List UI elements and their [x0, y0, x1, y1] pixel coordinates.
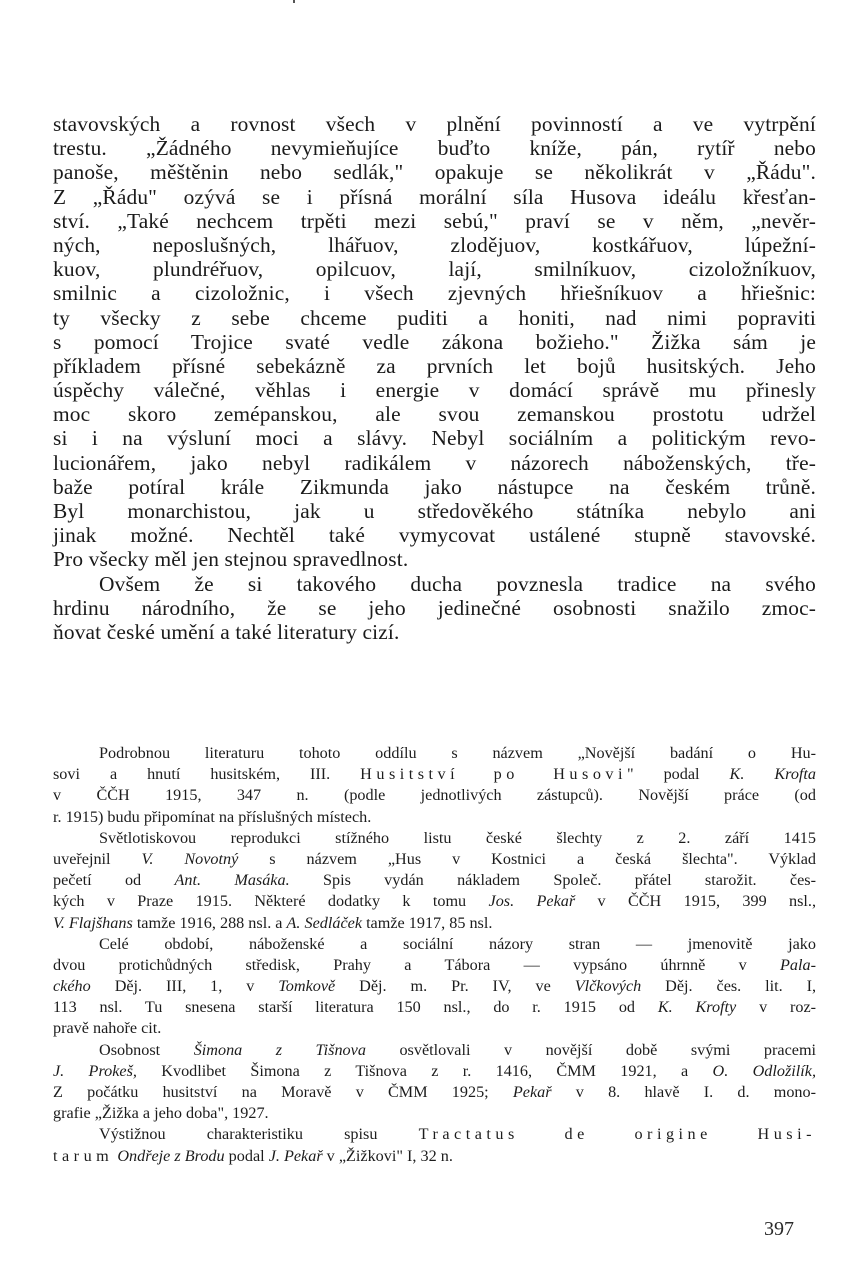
page-number: 397 [764, 1218, 794, 1241]
text-line: si i na výsluní moci a slávy. Nebyl soci… [53, 426, 816, 450]
text-line: ňovat české umění a také literatury cizí… [53, 620, 816, 644]
author-name: K. Krofta [730, 765, 816, 783]
main-body-text: stavovských a rovnost všech v plnění pov… [53, 112, 816, 644]
note-line: grafie „Žižka a jeho doba", 1927. [53, 1103, 816, 1124]
author-name: J. Pekař [269, 1147, 323, 1165]
text-line: jinak možné. Nechtěl také vymycovat ustá… [53, 523, 816, 547]
note-line: Osobnost Šimona z Tišnova osvětlovali v … [53, 1040, 816, 1061]
author-name: Tomkově [278, 977, 335, 995]
text-line: kuov, plundréřuov, opilcuov, lají, smiln… [53, 257, 816, 281]
note-line: tarum Ondřeje z Brodu podal J. Pekař v „… [53, 1146, 816, 1167]
text-run: tamže 1916, 288 nsl. a [137, 914, 283, 932]
text-run: Výstižnou charakteristiku spisu [99, 1125, 377, 1143]
text-run: kých v Praze 1915. Některé dodatky k tom… [53, 892, 466, 910]
text-line: Byl monarchistou, jak u středověkého stá… [53, 499, 816, 523]
text-run: sovi a hnutí husitském, III. [53, 765, 330, 783]
note-line: pravě nahoře cit. [53, 1018, 816, 1039]
text-run: uveřejnil [53, 850, 111, 868]
note-simon-tisnov: Osobnost Šimona z Tišnova osvětlovali v … [53, 1040, 816, 1125]
author-name: Šimona z Tišnova [194, 1041, 366, 1059]
text-run: pečetí od [53, 871, 141, 889]
note-literature-hus: Podrobnou literaturu tohoto oddílu s náz… [53, 743, 816, 828]
text-run: Z počátku husitství na Moravě v ČMM 1925… [53, 1083, 489, 1101]
text-line: Ovšem že si takového ducha povznesla tra… [53, 572, 816, 596]
text-run: v 8. hlavě I. d. mono- [576, 1083, 816, 1101]
text-run: Děj. m. Pr. IV, ve [359, 977, 551, 995]
text-line: Z „Řádu" ozývá se i přísná morální síla … [53, 185, 816, 209]
note-line: Výstižnou charakteristiku spisu Tractatu… [53, 1124, 816, 1145]
note-line: r. 1915) budu připomínat na příslušných … [53, 807, 816, 828]
text-line: úspěchy válečné, věhlas i energie v domá… [53, 378, 816, 402]
author-name: Vlčkových [575, 977, 642, 995]
text-line: moc skoro zemépanskou, ale svou zemansko… [53, 402, 816, 426]
spaced-title: tarum [53, 1147, 113, 1165]
text-run: Děj. III, 1, v [115, 977, 255, 995]
text-run: 113 nsl. Tu snesena starší literatura 15… [53, 998, 635, 1016]
author-name: Pekař [513, 1083, 552, 1101]
text-line: ty všecky z sebe chceme puditi a honiti,… [53, 306, 816, 330]
note-line: Celé období, náboženské a sociální názor… [53, 934, 816, 955]
author-name: Pala- [780, 956, 816, 974]
note-line: Světlotiskovou reprodukci stížného listu… [53, 828, 816, 849]
author-name: Jos. Pekař [489, 892, 576, 910]
text-line: trestu. „Žádného nevymieňujíce buďto kní… [53, 136, 816, 160]
note-line: J. Prokeš, Kvodlibet Šimona z Tišnova z … [53, 1061, 816, 1082]
text-run: v „Žižkovi" I, 32 n. [327, 1147, 453, 1165]
author-name: Ant. Masáka. [174, 871, 289, 889]
author-name: ckého [53, 977, 91, 995]
note-line: v ČČH 1915, 347 n. (podle jednotlivých z… [53, 785, 816, 806]
text-run: Děj. čes. lit. I, [665, 977, 816, 995]
text-run: podal [229, 1147, 265, 1165]
text-line: ství. „Také nechcem trpěti mezi sebú," p… [53, 209, 816, 233]
note-line: Z počátku husitství na Moravě v ČMM 1925… [53, 1082, 816, 1103]
author-name: Ondřeje z Brodu [117, 1147, 224, 1165]
note-line: sovi a hnutí husitském, III. Husitství p… [53, 764, 816, 785]
note-period-overview: Celé období, náboženské a sociální názor… [53, 934, 816, 1040]
text-line: ných, neposlušných, lhářuov, zlodějuov, … [53, 233, 816, 257]
text-run: dvou protichůdných středisk, Prahy a Táb… [53, 956, 747, 974]
text-run: v roz- [759, 998, 816, 1016]
text-line: Pro všecky měl jen stejnou spravedlnost. [53, 547, 816, 571]
text-line: s pomocí Trojice svaté vedle zákona boži… [53, 330, 816, 354]
author-name: O. Odložilík, [713, 1062, 816, 1080]
paragraph-1: stavovských a rovnost všech v plnění pov… [53, 112, 816, 572]
spaced-title: Husitství po Husovi [360, 765, 627, 783]
note-complaint-letter: Světlotiskovou reprodukci stížného listu… [53, 828, 816, 934]
note-tractatus: Výstižnou charakteristiku spisu Tractatu… [53, 1124, 816, 1166]
note-line: dvou protichůdných středisk, Prahy a Táb… [53, 955, 816, 976]
text-line: příkladem přísné sebekázně za prvních le… [53, 354, 816, 378]
note-line: Podrobnou literaturu tohoto oddílu s náz… [53, 743, 816, 764]
text-run: tamže 1917, 85 nsl. [366, 914, 492, 932]
text-run: Kvodlibet Šimona z Tišnova z r. 1416, ČM… [161, 1062, 688, 1080]
text-line: stavovských a rovnost všech v plnění pov… [53, 112, 816, 136]
note-line: kých v Praze 1915. Některé dodatky k tom… [53, 891, 816, 912]
footnotes: Podrobnou literaturu tohoto oddílu s náz… [53, 743, 816, 1167]
note-line: ckého Děj. III, 1, v Tomkově Děj. m. Pr.… [53, 976, 816, 997]
author-name: J. Prokeš, [53, 1062, 137, 1080]
text-line: baže potíral krále Zikmunda jako nástupc… [53, 475, 816, 499]
author-name: V. Flajšhans [53, 914, 133, 932]
text-run: s názvem „Hus v Kostnici a česká šlechta… [269, 850, 816, 868]
text-line: lucionářem, jako nebyl radikálem v názor… [53, 451, 816, 475]
author-name: V. Novotný [142, 850, 239, 868]
note-line: uveřejnil V. Novotný s názvem „Hus v Kos… [53, 849, 816, 870]
author-name: K. Krofty [658, 998, 736, 1016]
text-line: hrdinu národního, že se jeho jedinečné o… [53, 596, 816, 620]
text-line: smilnic a cizoložnic, i všech zjevných h… [53, 281, 816, 305]
text-run: v ČČH 1915, 399 nsl., [598, 892, 816, 910]
text-run: Spis vydán nákladem Společ. přátel staro… [323, 871, 816, 889]
scan-speck [293, 0, 295, 3]
text-line: panoše, měštěnin nebo sedlák," opakuje s… [53, 160, 816, 184]
paragraph-2: Ovšem že si takového ducha povznesla tra… [53, 572, 816, 645]
text-run: osvětlovali v novější době svými pracemi [399, 1041, 816, 1059]
author-name: A. Sedláček [287, 914, 363, 932]
note-line: pečetí od Ant. Masáka. Spis vydán náklad… [53, 870, 816, 891]
note-line: V. Flajšhans tamže 1916, 288 nsl. a A. S… [53, 913, 816, 934]
text-run: " podal [627, 765, 700, 783]
text-run: Osobnost [99, 1041, 160, 1059]
note-line: 113 nsl. Tu snesena starší literatura 15… [53, 997, 816, 1018]
spaced-title: Tractatus de origine Husi- [419, 1125, 816, 1143]
